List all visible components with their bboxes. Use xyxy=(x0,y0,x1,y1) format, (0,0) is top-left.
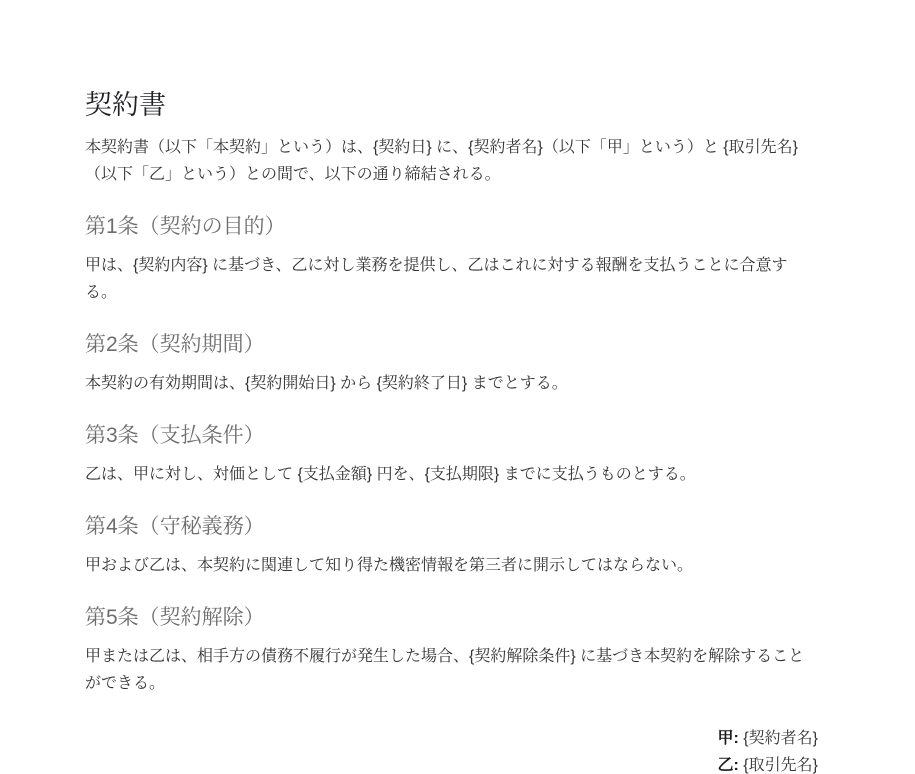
signature-block: 甲: {契約者名} 乙: {取引先名} xyxy=(85,725,818,774)
section-heading: 第3条（支払条件） xyxy=(85,421,818,451)
party-a-label: 甲: xyxy=(718,730,739,747)
party-a-value: {契約者名} xyxy=(743,730,818,747)
section-body: 甲または乙は、相手方の債務不履行が発生した場合、{契約解除条件} に基づき本契約… xyxy=(85,643,818,697)
contract-section-3: 第3条（支払条件） 乙は、甲に対し、対価として {支払金額} 円を、{支払期限}… xyxy=(85,421,818,488)
section-heading: 第5条（契約解除） xyxy=(85,603,818,633)
section-heading: 第1条（契約の目的） xyxy=(85,212,818,242)
contract-section-4: 第4条（守秘義務） 甲および乙は、本契約に関連して知り得た機密情報を第三者に開示… xyxy=(85,512,818,579)
section-heading: 第2条（契約期間） xyxy=(85,330,818,360)
section-body: 乙は、甲に対し、対価として {支払金額} 円を、{支払期限} までに支払うものと… xyxy=(85,461,818,488)
section-heading: 第4条（守秘義務） xyxy=(85,512,818,542)
page-title: 契約書 xyxy=(85,88,818,122)
contract-section-1: 第1条（契約の目的） 甲は、{契約内容} に基づき、乙に対し業務を提供し、乙はこ… xyxy=(85,212,818,306)
party-b-value: {取引先名} xyxy=(743,757,818,774)
section-body: 甲および乙は、本契約に関連して知り得た機密情報を第三者に開示してはならない。 xyxy=(85,552,818,579)
contract-section-2: 第2条（契約期間） 本契約の有効期間は、{契約開始日} から {契約終了日} ま… xyxy=(85,330,818,397)
section-body: 本契約の有効期間は、{契約開始日} から {契約終了日} までとする。 xyxy=(85,370,818,397)
intro-paragraph: 本契約書（以下「本契約」という）は、{契約日} に、{契約者名}（以下「甲」とい… xyxy=(85,134,818,188)
party-b-label: 乙: xyxy=(718,757,739,774)
signature-line-party-b: 乙: {取引先名} xyxy=(85,752,818,774)
section-body: 甲は、{契約内容} に基づき、乙に対し業務を提供し、乙はこれに対する報酬を支払う… xyxy=(85,252,818,306)
signature-line-party-a: 甲: {契約者名} xyxy=(85,725,818,752)
contract-document-page: 契約書 本契約書（以下「本契約」という）は、{契約日} に、{契約者名}（以下「… xyxy=(0,0,915,774)
contract-section-5: 第5条（契約解除） 甲または乙は、相手方の債務不履行が発生した場合、{契約解除条… xyxy=(85,603,818,697)
